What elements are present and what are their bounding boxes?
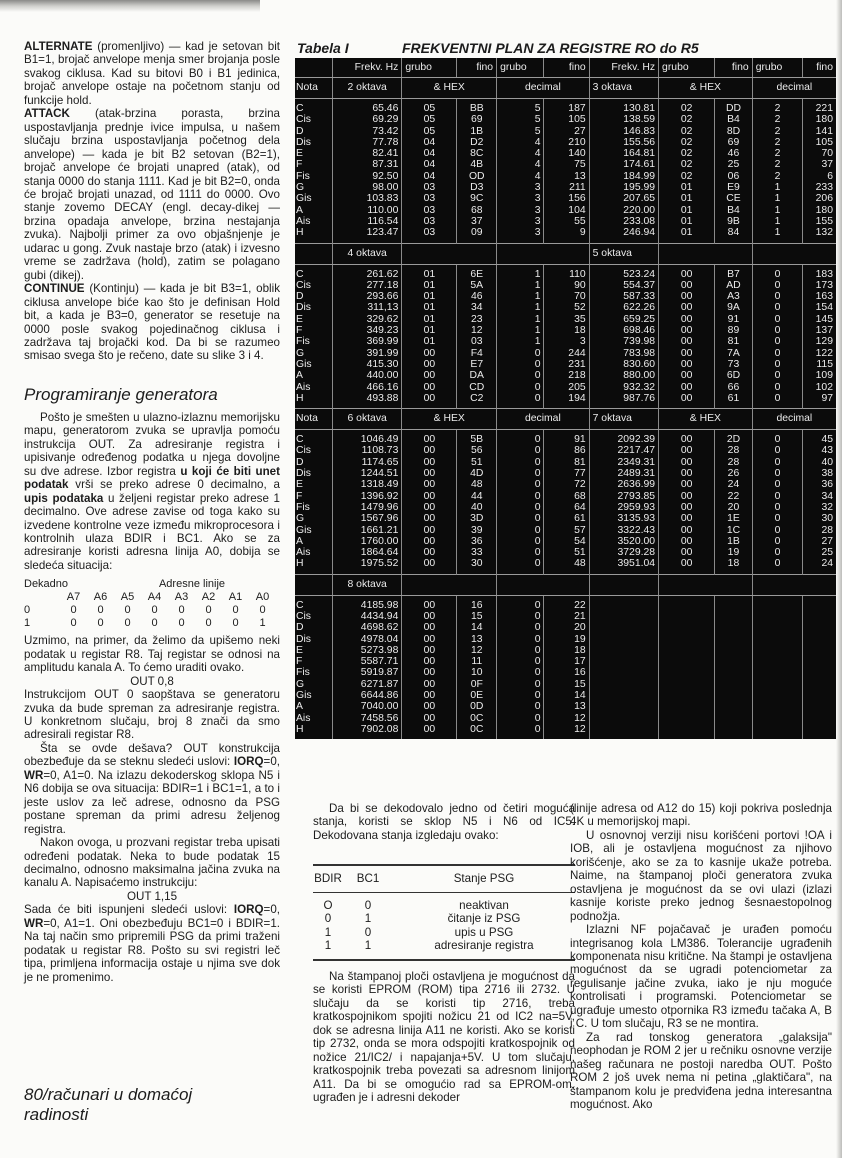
table-cell: 91 [544,430,589,446]
table-cell: 00 [402,701,457,712]
table-cell: 0 [497,634,544,645]
table-cell: 659.25 [589,314,658,325]
table-cell: 0 [497,679,544,690]
left-column: ALTERNATE (promenljivo) — kad je setovan… [24,40,280,984]
table-cell: 698.46 [589,325,658,336]
bit-label: A0 [249,591,276,604]
table-cell: 2636.99 [589,479,658,490]
paragraph-write-data: Nakon ovoga, u prozvani registar treba u… [24,836,280,890]
note-name: D [295,622,332,633]
table-cell: A3 [715,291,752,302]
scan-shadow-edge [836,0,842,1158]
table-cell: 00 [402,479,457,490]
table-cell: 8D [715,126,752,137]
table-cell: 0 [752,547,803,558]
table-cell: 184.99 [589,171,658,182]
octave-label: 6 oktava [332,409,401,430]
table-cell: 00 [659,302,715,313]
table-cell [659,622,715,633]
table-cell: 00 [402,445,457,456]
table-cell: 17 [544,656,589,667]
decimal-label: decimal [497,409,590,430]
table-cell: 830.60 [589,359,658,370]
table-cell [659,656,715,667]
table-cell: DD [715,99,752,115]
note-name: D [295,126,332,137]
bit-value: 0 [141,617,168,630]
table-cell: 4B [457,159,497,170]
table-cell: 1567.96 [332,513,401,524]
table-cell: 110.00 [332,205,401,216]
table-cell: 05 [402,126,457,137]
table-cell: 0 [752,336,803,347]
address-lines-table: Dekadno Adresne linije A7 A6 A5 A4 A3 A2… [24,578,280,630]
cell-bc1: 1 [343,939,393,953]
note-name: Fis [295,667,332,678]
octave-label: 4 oktava [332,243,401,264]
table-cell: 00 [402,370,457,381]
table-cell: 293.66 [332,291,401,302]
note-name: F [295,656,332,667]
table-cell: 140 [544,148,589,159]
table-cell: 02 [659,159,715,170]
paragraph-text: (atak-brzina porasta, brzina uspostavlja… [24,107,280,281]
note-name: Fis [295,502,332,513]
table-cell: 00 [659,280,715,291]
term-alternate: ALTERNATE [24,40,92,53]
table-row: G6271.87000F015 [295,679,836,690]
table-cell: 2489.31 [589,468,658,479]
table-cell: 137 [803,325,836,336]
table-row: Gis103.83039C3156207.6501CE1206 [295,193,836,204]
table-cell: 14 [457,622,497,633]
table-cell: 0 [752,502,803,513]
table-cell: 77.78 [332,137,401,148]
table-cell: 155 [803,216,836,227]
table-cell: 45 [803,430,836,446]
bit-label: A5 [114,591,141,604]
paragraph-alternate: ALTERNATE (promenljivo) — kad je setovan… [24,40,280,107]
table-cell: 3135.93 [589,513,658,524]
table-cell: 1 [497,314,544,325]
table-cell: 51 [544,547,589,558]
table-cell: 0 [752,457,803,468]
table-cell [752,656,803,667]
table-cell: 0 [752,393,803,409]
table-cell: 03 [402,227,457,243]
table-cell: 0 [752,264,803,280]
table-cell: 622.26 [589,302,658,313]
octave-header-row: Nota2 oktava& HEXdecimal3 oktava& HEXdec… [295,78,836,99]
table-cell: 0 [752,513,803,524]
paragraph-out0: Instrukcijom OUT 0 saopštava se generato… [24,688,280,742]
hex-label: & HEX [402,78,497,99]
table-cell: 00 [659,336,715,347]
table-cell: 261.62 [332,264,401,280]
table-cell [715,622,752,633]
table-cell: 00 [402,348,457,359]
table-cell: 2 [752,114,803,125]
table-cell: 00 [659,468,715,479]
bit-label: A2 [195,591,222,604]
middle-column: Da bi se dekodovalo jedno od četiri mogu… [313,802,575,963]
nota-label: Nota [295,409,332,430]
table-row: D1174.6500510812349.310028040 [295,457,836,468]
table-cell [589,622,658,633]
table-row: G391.9900F40244783.98007A0122 [295,348,836,359]
note-name: Ais [295,713,332,724]
table-cell: 35 [544,314,589,325]
term-continue: CONTINUE [24,282,85,295]
bit-value: 0 [114,617,141,630]
table-cell: C2 [457,393,497,409]
column-header: fino [457,58,497,78]
table-cell: 5 [497,126,544,137]
table-cell: 81 [715,336,752,347]
table-cell: 0 [497,645,544,656]
table-cell: 2 [752,171,803,182]
table-cell: 9 [544,227,589,243]
table-cell: E9 [715,182,752,193]
table-cell [803,656,836,667]
table-cell: CD [457,382,497,393]
table-cell: 3951.04 [589,558,658,574]
table-cell: 2 [752,99,803,115]
table-row: Gis6644.86000E014 [295,690,836,701]
table-cell: 00 [402,634,457,645]
signal-wr: WR [24,769,43,782]
table-cell: 9A [715,302,752,313]
table-cell: 00 [402,502,457,513]
table-cell: 48 [544,558,589,574]
bit-value: 0 [60,617,87,630]
table-cell: 68 [457,205,497,216]
table-cell: 22 [715,491,752,502]
table-cell: 210 [544,137,589,148]
table-cell: 00 [402,430,457,446]
table-cell [715,634,752,645]
table-cell [715,595,752,611]
table-cell: 00 [659,430,715,446]
table-cell: 02 [659,171,715,182]
table-cell: 36 [803,479,836,490]
table-cell: 221 [803,99,836,115]
table-cell: 391.99 [332,348,401,359]
column-header-row: Frekv. HzgrubofinogrubofinoFrekv. Hzgrub… [295,58,836,78]
table-cell: D3 [457,182,497,193]
table-cell: B7 [715,264,752,280]
table-cell: 01 [402,280,457,291]
table-cell [752,634,803,645]
bit-label: A3 [168,591,195,604]
table-row: F349.230112118698.4600890137 [295,325,836,336]
table-cell: 23 [457,314,497,325]
text: Sada će biti ispunjeni sledeći uslovi: [24,903,234,916]
table-cell: 1174.65 [332,457,401,468]
note-name: H [295,558,332,574]
address-row: 1 0 0 0 0 0 0 0 1 [24,617,280,630]
table-cell: 87.31 [332,159,401,170]
table-cell: 61 [715,393,752,409]
table-cell [715,690,752,701]
table-cell: 04 [402,148,457,159]
table-cell: 15 [544,679,589,690]
bit-value: 0 [60,604,87,617]
table-row: E1318.4900480722636.990024036 [295,479,836,490]
table-cell: 91 [715,314,752,325]
table-cell: 187 [544,99,589,115]
table-cell: 04 [402,171,457,182]
table-cell: 164.81 [589,148,658,159]
table-cell: 73 [715,359,752,370]
table-cell: BB [457,99,497,115]
table-cell: 00 [659,558,715,574]
frequency-grid: Frekv. HzgrubofinogrubofinoFrekv. Hzgrub… [295,58,836,739]
table-cell: 56 [457,445,497,456]
table-cell: 00 [402,645,457,656]
table-cell [803,679,836,690]
table-cell: 18 [715,558,752,574]
table-cell: 183 [803,264,836,280]
note-name: G [295,182,332,193]
table-cell: 43 [803,445,836,456]
table-cell: 01 [659,227,715,243]
table-cell: 329.62 [332,314,401,325]
table-cell: 123.47 [332,227,401,243]
bit-label: A1 [222,591,249,604]
table-cell: 02 [659,126,715,137]
address-row: 0 0 0 0 0 0 0 0 0 [24,604,280,617]
table-cell [659,595,715,611]
table-cell [715,645,752,656]
table-cell [715,701,752,712]
table-cell: 27 [544,126,589,137]
table-cell: 51 [457,457,497,468]
table-cell: 03 [402,182,457,193]
table-cell: 11 [457,656,497,667]
table-cell: 233.08 [589,216,658,227]
table-cell: 72 [544,479,589,490]
table-cell: 12 [457,325,497,336]
table-cell: 1 [497,336,544,347]
table-cell: 4978.04 [332,634,401,645]
table-cell: 1 [497,280,544,291]
hex-label [402,574,497,595]
table-cell: 28 [803,525,836,536]
table-cell: 9B [715,216,752,227]
table-cell: 01 [659,193,715,204]
table-cell: 0 [497,445,544,456]
table-cell [715,611,752,622]
table-cell [589,690,658,701]
table-cell: 03 [402,193,457,204]
paragraph-eprom: Na štampanoj ploči ostavljena je mogućno… [313,970,575,1105]
table-cell: 0 [752,325,803,336]
table-cell: 52 [544,302,589,313]
table-cell: 00 [659,264,715,280]
hex-label: & HEX [659,409,753,430]
note-name: E [295,645,332,656]
table-cell: 105 [803,137,836,148]
table-cell: 28 [715,457,752,468]
table-cell: 64 [544,502,589,513]
decimal-label: decimal [752,409,836,430]
table-cell: 1 [497,325,544,336]
table-cell: 2 [752,137,803,148]
table-row: F1396.9200440682793.850022034 [295,491,836,502]
table-cell: 5587.71 [332,656,401,667]
table-cell: 415.30 [332,359,401,370]
column-header: grubo [402,58,457,78]
table-cell [752,679,803,690]
table-cell: 6271.87 [332,679,401,690]
table-cell: 206 [803,193,836,204]
table-cell: 0 [497,656,544,667]
table-cell: 1B [457,126,497,137]
table-cell: 00 [402,679,457,690]
text: vrši se preko adrese 0 decimalno, a [68,478,280,491]
table-cell: 2959.93 [589,502,658,513]
note-name: G [295,679,332,690]
note-name: Gis [295,359,332,370]
bit-value: 0 [195,604,222,617]
table-cell: 2349.31 [589,457,658,468]
table-cell: 00 [402,724,457,739]
table-cell: 0 [497,558,544,574]
octave-label: 5 oktava [589,243,658,264]
note-name: A [295,370,332,381]
table-cell [659,679,715,690]
hex-label [659,243,753,264]
table-cell [715,667,752,678]
table-cell: 6 [803,171,836,182]
table-cell: 0 [497,479,544,490]
table-cell: 105 [544,114,589,125]
table-cell: 19 [544,634,589,645]
decimal-label: decimal [497,78,590,99]
table-cell: 369.99 [332,336,401,347]
table-cell: E7 [457,359,497,370]
table-cell: 1046.49 [332,430,401,446]
code-out-1-15: OUT 1,15 [24,890,280,903]
table-cell: 34 [457,302,497,313]
table-row: 0 1 čitanje iz PSG [313,912,575,926]
table-cell: 01 [402,302,457,313]
note-name: Dis [295,468,332,479]
table-row: Dis4978.040013019 [295,634,836,645]
table-cell: 77 [544,468,589,479]
cell-bc1: 0 [343,926,393,940]
section-title: Programiranje generatora [24,385,280,405]
table-row: Fis5919.870010016 [295,667,836,678]
table-cell: 0 [752,479,803,490]
bit-value: 0 [222,604,249,617]
bit-value: 0 [114,604,141,617]
table-cell [803,713,836,724]
table-cell: 01 [402,325,457,336]
table-row: Ais466.1600CD0205932.3200660102 [295,382,836,393]
paragraph-amplifier: Izlazni NF pojačavač je urađen pomoću in… [570,923,832,1031]
table-cell: 0 [752,468,803,479]
table-row: F5587.710011017 [295,656,836,667]
table-cell: 82.41 [332,148,401,159]
bit-value: 0 [87,604,114,617]
bit-value: 0 [141,604,168,617]
table-cell: 880.00 [589,370,658,381]
table-row: H123.47030939246.9401841132 [295,227,836,243]
table-row: F87.31044B475174.610225237 [295,159,836,170]
table-cell: 1 [752,182,803,193]
table-cell: 440.00 [332,370,401,381]
table-cell: 1 [752,227,803,243]
paragraph-conditions: Šta se ovde dešava? OUT konstrukcija obe… [24,742,280,836]
cell-bdir: O [313,899,343,913]
table-cell: 1C [715,525,752,536]
table-cell: 115 [803,359,836,370]
table-cell: 12 [544,724,589,739]
table-cell: 6E [457,264,497,280]
table-cell: 86 [544,445,589,456]
table-cell: 37 [803,159,836,170]
table-cell: 39 [457,525,497,536]
table-cell: 03 [457,336,497,347]
table-cell: 4185.98 [332,595,401,611]
table-cell: 01 [402,264,457,280]
note-name: E [295,314,332,325]
note-name: G [295,348,332,359]
table-cell: 0 [752,291,803,302]
table-cell [752,701,803,712]
table-cell [803,645,836,656]
table-cell: 00 [659,513,715,524]
table-cell: 00 [402,359,457,370]
table-cell: 587.33 [589,291,658,302]
table-cell: 1244.51 [332,468,401,479]
table-row: C65.4605BB5187130.8102DD2221 [295,99,836,115]
note-name: F [295,159,332,170]
table-cell: 38 [803,468,836,479]
table-cell [803,690,836,701]
column-address-lines: Adresne linije [94,578,280,591]
table-cell: 163 [803,291,836,302]
table-cell: 00 [659,525,715,536]
table-cell [803,701,836,712]
note-name: Ais [295,547,332,558]
middle-column-lower: Na štampanoj ploči ostavljena je mogućno… [313,970,575,1105]
table-cell: 97 [803,393,836,409]
table-rule [313,959,575,961]
table-cell: 28 [715,445,752,456]
table-cell: 00 [402,690,457,701]
note-name: Ais [295,382,332,393]
table-cell: 00 [659,314,715,325]
hex-label: & HEX [402,409,497,430]
frequency-table: Frekv. HzgrubofinogrubofinoFrekv. Hzgrub… [295,58,836,739]
table-row: Ais1864.6400330513729.280019025 [295,547,836,558]
table-cell: 0C [457,713,497,724]
table-cell: 02 [659,148,715,159]
table-cell [589,656,658,667]
table-cell [589,667,658,678]
table-cell [803,667,836,678]
table-row: E5273.980012018 [295,645,836,656]
table-cell: 5919.87 [332,667,401,678]
table-cell: 0E [457,690,497,701]
table-row: Dis311,130134152622.26009A0154 [295,302,836,313]
table-cell: 1396.92 [332,491,401,502]
table-cell: 55 [544,216,589,227]
table-cell: 0 [752,536,803,547]
